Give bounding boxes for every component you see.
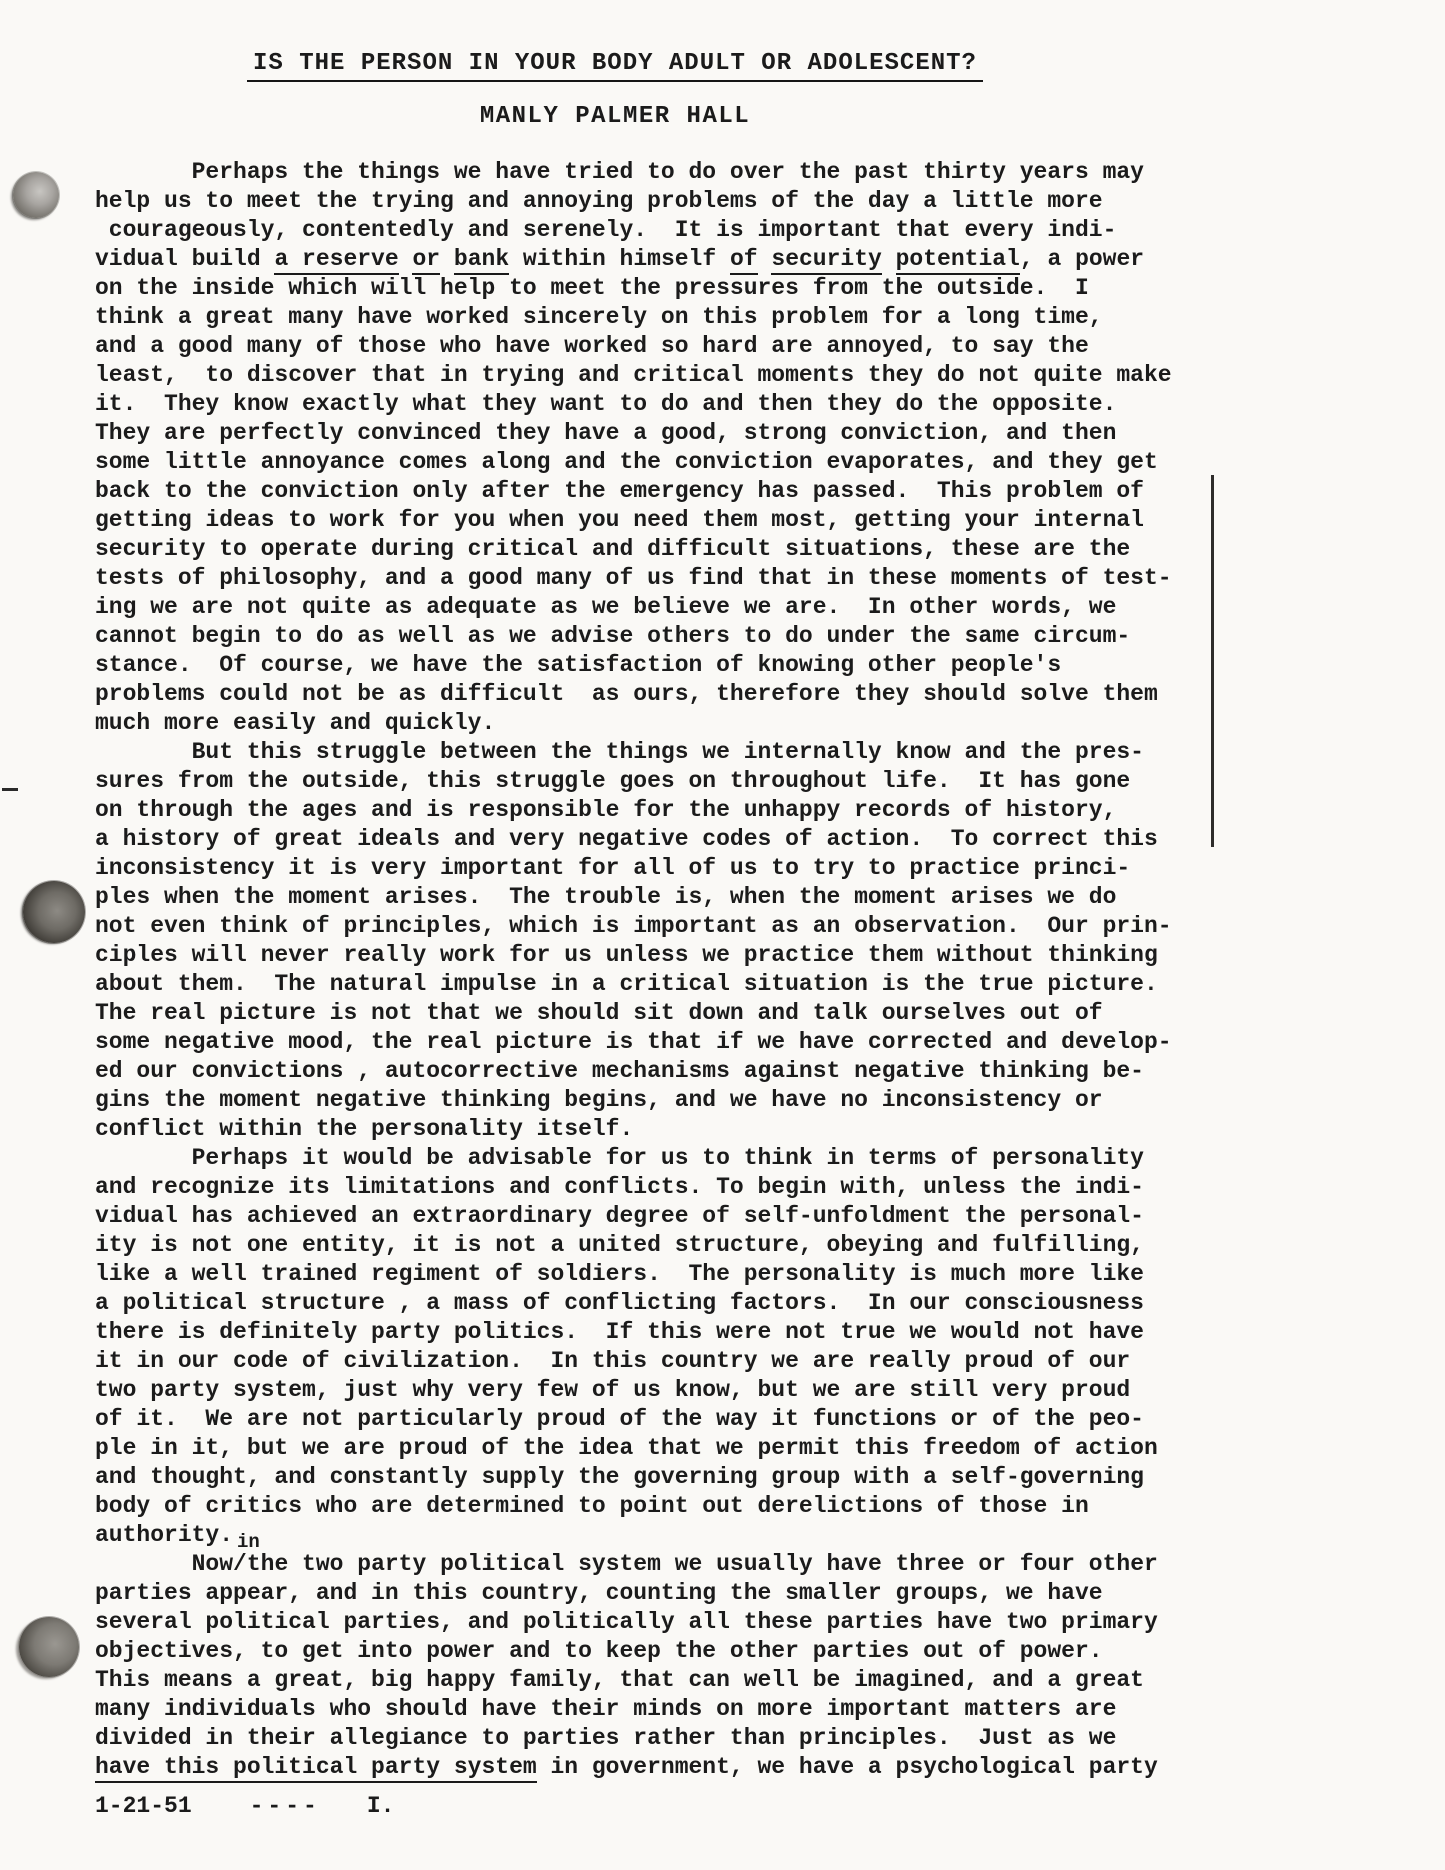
- typed-insertion: /in: [233, 1550, 247, 1579]
- text-line: it in our code of civilization. In this …: [95, 1347, 1172, 1376]
- text-line: ed our convictions , autocorrective mech…: [95, 1057, 1172, 1086]
- text-line: They are perfectly convinced they have a…: [95, 419, 1172, 448]
- text-line: ple in it, but we are proud of the idea …: [95, 1434, 1172, 1463]
- text-line: courageously, contentedly and serenely. …: [95, 216, 1172, 245]
- document-body: Perhaps the things we have tried to do o…: [95, 158, 1172, 1782]
- text-line: of it. We are not particularly proud of …: [95, 1405, 1172, 1434]
- text-line: stance. Of course, we have the satisfact…: [95, 651, 1172, 680]
- text-line: about them. The natural impulse in a cri…: [95, 970, 1172, 999]
- underlined-text: of: [730, 246, 758, 275]
- text-line: tests of philosophy, and a good many of …: [95, 564, 1172, 593]
- text-line: much more easily and quickly.: [95, 709, 1172, 738]
- inserted-word: in: [237, 1533, 260, 1552]
- paragraph: But this struggle between the things we …: [95, 738, 1172, 1144]
- text-line: getting ideas to work for you when you n…: [95, 506, 1172, 535]
- binder-brad-bottom-icon: [19, 1617, 79, 1677]
- text-line: and recognize its limitations and confli…: [95, 1173, 1172, 1202]
- text-line: objectives, to get into power and to kee…: [95, 1637, 1172, 1666]
- document-author: MANLY PALMER HALL: [70, 103, 1160, 130]
- text-line: on through the ages and is responsible f…: [95, 796, 1172, 825]
- document-header: IS THE PERSON IN YOUR BODY ADULT OR ADOL…: [70, 50, 1160, 130]
- text-line: divided in their allegiance to parties r…: [95, 1724, 1172, 1753]
- text-line: inconsistency it is very important for a…: [95, 854, 1172, 883]
- paragraph: Perhaps it would be advisable for us to …: [95, 1144, 1172, 1550]
- underlined-text: a reserve: [274, 246, 398, 275]
- paragraph: Now/inthe two party political system we …: [95, 1550, 1172, 1782]
- text-line: help us to meet the trying and annoying …: [95, 187, 1172, 216]
- text-line: several political parties, and political…: [95, 1608, 1172, 1637]
- text-line: body of critics who are determined to po…: [95, 1492, 1172, 1521]
- text-line: gins the moment negative thinking begins…: [95, 1086, 1172, 1115]
- scan-edge-artifact: [1211, 475, 1214, 847]
- text-line: But this struggle between the things we …: [95, 738, 1172, 767]
- text-line: The real picture is not that we should s…: [95, 999, 1172, 1028]
- text-line: Perhaps the things we have tried to do o…: [95, 158, 1172, 187]
- underlined-text: potential: [896, 246, 1020, 275]
- text-line: some negative mood, the real picture is …: [95, 1028, 1172, 1057]
- underlined-text: security: [771, 246, 881, 275]
- text-line: two party system, just why very few of u…: [95, 1376, 1172, 1405]
- text-line: sures from the outside, this struggle go…: [95, 767, 1172, 796]
- footer-page-number: I.: [367, 1793, 395, 1819]
- text-line: it. They know exactly what they want to …: [95, 390, 1172, 419]
- text-line: a history of great ideals and very negat…: [95, 825, 1172, 854]
- text-line: have this political party system in gove…: [95, 1753, 1172, 1782]
- text-line: vidual build a reserve or bank within hi…: [95, 245, 1172, 274]
- text-line: Now/inthe two party political system we …: [95, 1550, 1172, 1579]
- text-line: parties appear, and in this country, cou…: [95, 1579, 1172, 1608]
- text-line: ciples will never really work for us unl…: [95, 941, 1172, 970]
- text-line: ples when the moment arises. The trouble…: [95, 883, 1172, 912]
- text-line: some little annoyance comes along and th…: [95, 448, 1172, 477]
- underlined-text: bank: [454, 246, 509, 275]
- footer-separator: ----: [250, 1793, 321, 1819]
- text-line: Perhaps it would be advisable for us to …: [95, 1144, 1172, 1173]
- text-line: a political structure , a mass of confli…: [95, 1289, 1172, 1318]
- text-line: vidual has achieved an extraordinary deg…: [95, 1202, 1172, 1231]
- text-line: ity is not one entity, it is not a unite…: [95, 1231, 1172, 1260]
- text-line: problems could not be as difficult as ou…: [95, 680, 1172, 709]
- text-line: back to the conviction only after the em…: [95, 477, 1172, 506]
- text-line: cannot begin to do as well as we advise …: [95, 622, 1172, 651]
- footer-date: 1-21-51: [95, 1793, 192, 1819]
- text-line: think a great many have worked sincerely…: [95, 303, 1172, 332]
- document-title: IS THE PERSON IN YOUR BODY ADULT OR ADOL…: [247, 50, 983, 82]
- footer: 1-21-51----I.: [95, 1793, 394, 1819]
- text-line: like a well trained regiment of soldiers…: [95, 1260, 1172, 1289]
- text-line: there is definitely party politics. If t…: [95, 1318, 1172, 1347]
- text-line: security to operate during critical and …: [95, 535, 1172, 564]
- text-line: not even think of principles, which is i…: [95, 912, 1172, 941]
- text-line: on the inside which will help to meet th…: [95, 274, 1172, 303]
- underlined-text: have this political party system: [95, 1754, 537, 1783]
- text-line: and a good many of those who have worked…: [95, 332, 1172, 361]
- margin-mark: [2, 788, 18, 791]
- text-line: least, to discover that in trying and cr…: [95, 361, 1172, 390]
- underlined-text: or: [412, 246, 440, 275]
- text-line: ing we are not quite as adequate as we b…: [95, 593, 1172, 622]
- text-line: This means a great, big happy family, th…: [95, 1666, 1172, 1695]
- binder-brad-top-icon: [13, 172, 59, 218]
- paragraph: Perhaps the things we have tried to do o…: [95, 158, 1172, 738]
- text-line: many individuals who should have their m…: [95, 1695, 1172, 1724]
- binder-brad-middle-icon: [23, 881, 85, 943]
- text-line: and thought, and constantly supply the g…: [95, 1463, 1172, 1492]
- text-line: conflict within the personality itself.: [95, 1115, 1172, 1144]
- document-page: IS THE PERSON IN YOUR BODY ADULT OR ADOL…: [0, 0, 1445, 1870]
